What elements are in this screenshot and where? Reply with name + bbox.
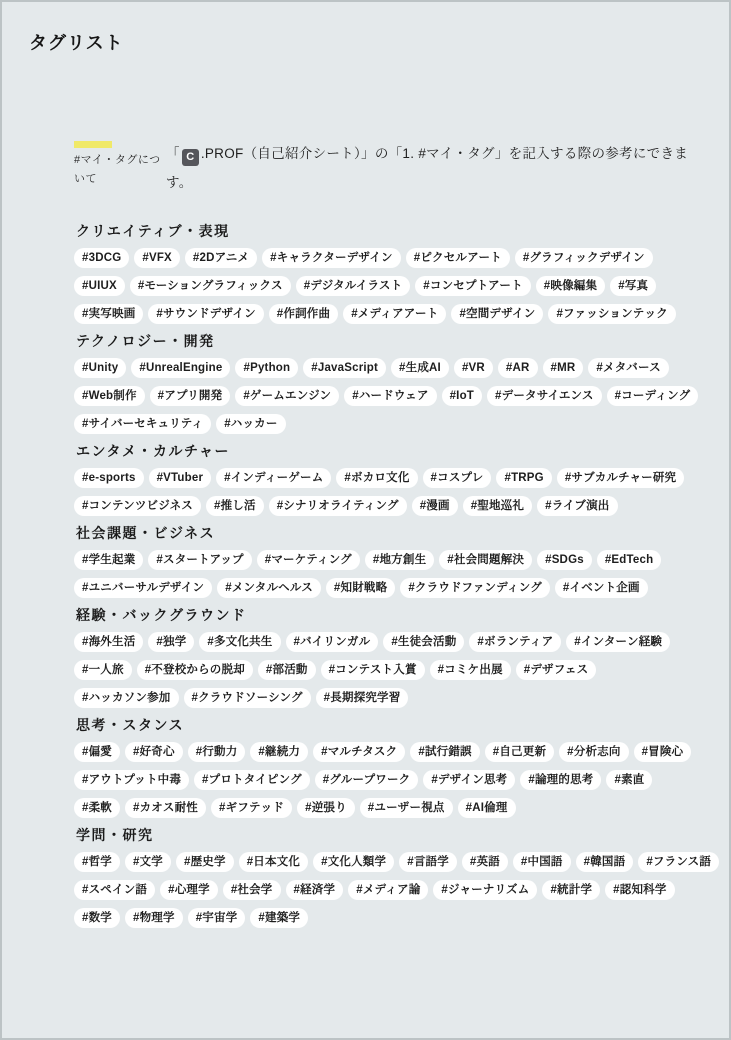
tag-pill: #クラウドソーシング <box>184 688 311 708</box>
tag-pill: #認知科学 <box>605 880 674 900</box>
tag-pill: #宇宙学 <box>188 908 246 928</box>
tag-row: #e-sports#VTuber#インディーゲーム#ボカロ文化#コスプレ#TRP… <box>74 468 702 488</box>
tag-row: #コンテンツビジネス#推し活#シナリオライティング#漫画#聖地巡礼#ライブ演出 <box>74 496 702 516</box>
tag-pill: #試行錯誤 <box>410 742 479 762</box>
tag-pill: #グループワーク <box>315 770 419 790</box>
page-title: タグリスト <box>29 29 702 55</box>
tag-pill: #知財戦略 <box>326 578 395 598</box>
tag-pill: #メディアアート <box>343 304 446 324</box>
tag-list-page: タグリスト #マイ・タグについて 「C.PROF（自己紹介シート）」の「1. #… <box>2 2 729 928</box>
tag-pill: #AR <box>498 358 538 378</box>
tag-pill: #コスプレ <box>423 468 492 488</box>
tag-row: #ハッカソン参加#クラウドソーシング#長期探究学習 <box>74 688 702 708</box>
tag-pill: #イベント企画 <box>555 578 648 598</box>
tag-pill: #マーケティング <box>257 550 360 570</box>
tag-pill: #ユーザー視点 <box>360 798 453 818</box>
tag-row: #3DCG#VFX#2Dアニメ#キャラクターデザイン#ピクセルアート#グラフィッ… <box>74 248 702 268</box>
tag-pill: #生徒会活動 <box>383 632 464 652</box>
tag-pill: #漫画 <box>412 496 458 516</box>
tag-pill: #中国語 <box>513 852 571 872</box>
tag-pill: #EdTech <box>597 550 661 570</box>
section-heading: 社会課題・ビジネス <box>76 526 702 541</box>
tag-row: #Web制作#アプリ開発#ゲームエンジン#ハードウェア#IoT#データサイエンス… <box>74 386 702 406</box>
intro-quote-open: 「 <box>166 146 180 161</box>
tag-pill: #VR <box>454 358 493 378</box>
tag-pill: #インディーゲーム <box>216 468 331 488</box>
tag-pill: #サイバーセキュリティ <box>74 414 211 434</box>
tag-pill: #多文化共生 <box>199 632 280 652</box>
tag-section: 学問・研究#哲学#文学#歴史学#日本文化#文化人類学#言語学#英語#中国語#韓国… <box>74 828 702 928</box>
tag-pill: #Unity <box>74 358 126 378</box>
tag-pill: #統計学 <box>542 880 600 900</box>
tag-pill: #ハッカー <box>216 414 285 434</box>
prof-badge-icon: C <box>182 149 199 166</box>
tag-pill: #メタバース <box>588 358 668 378</box>
tag-row: #サイバーセキュリティ#ハッカー <box>74 414 702 434</box>
intro-text-body: .PROF（自己紹介シート）」の「1. #マイ・タグ」を記入する際の参考にできま… <box>166 146 688 190</box>
tag-pill: #3DCG <box>74 248 129 268</box>
tag-pill: #UIUX <box>74 276 125 296</box>
tag-pill: #ハッカソン参加 <box>74 688 179 708</box>
tag-pill: #長期探究学習 <box>316 688 409 708</box>
tag-pill: #ボランティア <box>469 632 561 652</box>
tag-pill: #映像編集 <box>536 276 605 296</box>
tag-pill: #柔軟 <box>74 798 120 818</box>
tag-row: #一人旅#不登校からの脱却#部活動#コンテスト入賞#コミケ出展#デザフェス <box>74 660 702 680</box>
tag-pill: #プロトタイピング <box>194 770 310 790</box>
tag-pill: #ファッションテック <box>548 304 675 324</box>
tag-pill: #数学 <box>74 908 120 928</box>
tag-pill: #バイリンガル <box>286 632 379 652</box>
tag-pill: #ゲームエンジン <box>235 386 339 406</box>
tag-pill: #生成AI <box>391 358 449 378</box>
tag-pill: #サウンドデザイン <box>148 304 263 324</box>
tag-pill: #マルチタスク <box>313 742 405 762</box>
section-heading: 学問・研究 <box>76 828 702 843</box>
tag-pill: #英語 <box>462 852 508 872</box>
tag-row: #柔軟#カオス耐性#ギフテッド#逆張り#ユーザー視点#AI倫理 <box>74 798 702 818</box>
tag-pill: #ユニバーサルデザイン <box>74 578 212 598</box>
tag-pill: #建築学 <box>250 908 308 928</box>
tag-pill: #スタートアップ <box>148 550 251 570</box>
tag-pill: #キャラクターデザイン <box>262 248 401 268</box>
tag-pill: #哲学 <box>74 852 120 872</box>
tag-pill: #偏愛 <box>74 742 120 762</box>
tag-pill: #不登校からの脱却 <box>137 660 253 680</box>
tag-pill: #物理学 <box>125 908 183 928</box>
tag-pill: #MR <box>543 358 584 378</box>
tag-pill: #モーショングラフィックス <box>130 276 291 296</box>
yellow-highlight-marker <box>74 141 112 148</box>
tag-row: #実写映画#サウンドデザイン#作詞作曲#メディアアート#空間デザイン#ファッショ… <box>74 304 702 324</box>
tag-pill: #独学 <box>148 632 194 652</box>
tag-pill: #コーディング <box>607 386 699 406</box>
tag-pill: #文化人類学 <box>313 852 394 872</box>
tag-pill: #海外生活 <box>74 632 143 652</box>
tag-pill: #メディア論 <box>348 880 428 900</box>
tag-section: 社会課題・ビジネス#学生起業#スタートアップ#マーケティング#地方創生#社会問題… <box>74 526 702 598</box>
tag-pill: #一人旅 <box>74 660 132 680</box>
section-heading: 思考・スタンス <box>76 718 702 733</box>
tag-pill: #デジタルイラスト <box>296 276 411 296</box>
tag-pill: #AI倫理 <box>458 798 516 818</box>
tag-pill: #冒険心 <box>634 742 692 762</box>
tag-pill: #VFX <box>134 248 180 268</box>
tag-pill: #論理的思考 <box>520 770 601 790</box>
tag-pill: #空間デザイン <box>451 304 543 324</box>
tag-pill: #コミケ出展 <box>430 660 511 680</box>
tag-row: #偏愛#好奇心#行動力#継続力#マルチタスク#試行錯誤#自己更新#分析志向#冒険… <box>74 742 702 762</box>
tag-row: #ユニバーサルデザイン#メンタルヘルス#知財戦略#クラウドファンディング#イベン… <box>74 578 702 598</box>
tag-pill: #行動力 <box>188 742 246 762</box>
tag-pill: #好奇心 <box>125 742 183 762</box>
tag-pill: #ジャーナリズム <box>433 880 537 900</box>
tag-pill: #言語学 <box>399 852 457 872</box>
tag-pill: #継続力 <box>250 742 308 762</box>
tag-section: エンタメ・カルチャー#e-sports#VTuber#インディーゲーム#ボカロ文… <box>74 444 702 516</box>
tag-pill: #部活動 <box>258 660 316 680</box>
tag-pill: #ライブ演出 <box>537 496 617 516</box>
tag-pill: #社会学 <box>223 880 281 900</box>
intro-label: #マイ・タグについて <box>74 151 166 189</box>
tag-pill: #文学 <box>125 852 171 872</box>
tag-pill: #グラフィックデザイン <box>515 248 653 268</box>
tag-pill: #TRPG <box>496 468 551 488</box>
section-heading: 経験・バックグラウンド <box>76 608 702 623</box>
tag-pill: #アプリ開発 <box>150 386 231 406</box>
tag-pill: #メンタルヘルス <box>217 578 321 598</box>
tag-pill: #UnrealEngine <box>131 358 230 378</box>
tag-pill: #Web制作 <box>74 386 145 406</box>
tag-pill: #社会問題解決 <box>439 550 532 570</box>
section-heading: テクノロジー・開発 <box>76 334 702 349</box>
tag-pill: #シナリオライティング <box>269 496 407 516</box>
tag-pill: #アウトプット中毒 <box>74 770 189 790</box>
tag-section: テクノロジー・開発#Unity#UnrealEngine#Python#Java… <box>74 334 702 434</box>
tag-pill: #コンテスト入賞 <box>321 660 425 680</box>
tag-section: クリエイティブ・表現#3DCG#VFX#2Dアニメ#キャラクターデザイン#ピクセ… <box>74 224 702 324</box>
tag-pill: #自己更新 <box>485 742 554 762</box>
tag-pill: #分析志向 <box>559 742 628 762</box>
tag-pill: #地方創生 <box>365 550 434 570</box>
tag-pill: #実写映画 <box>74 304 143 324</box>
tag-pill: #ハードウェア <box>344 386 436 406</box>
tag-pill: #ピクセルアート <box>406 248 510 268</box>
tag-pill: #2Dアニメ <box>185 248 257 268</box>
tag-pill: #写真 <box>610 276 656 296</box>
tag-section: 経験・バックグラウンド#海外生活#独学#多文化共生#バイリンガル#生徒会活動#ボ… <box>74 608 702 708</box>
tag-pill: #ボカロ文化 <box>336 468 417 488</box>
tag-sections-container: クリエイティブ・表現#3DCG#VFX#2Dアニメ#キャラクターデザイン#ピクセ… <box>74 224 702 928</box>
tag-pill: #逆張り <box>297 798 355 818</box>
tag-pill: #スペイン語 <box>74 880 155 900</box>
tag-pill: #e-sports <box>74 468 144 488</box>
section-heading: クリエイティブ・表現 <box>76 224 702 239</box>
tag-pill: #IoT <box>442 386 482 406</box>
tag-pill: #ギフテッド <box>211 798 292 818</box>
tag-row: #アウトプット中毒#プロトタイピング#グループワーク#デザイン思考#論理的思考#… <box>74 770 702 790</box>
tag-row: #学生起業#スタートアップ#マーケティング#地方創生#社会問題解決#SDGs#E… <box>74 550 702 570</box>
tag-pill: #データサイエンス <box>487 386 602 406</box>
tag-pill: #歴史学 <box>176 852 234 872</box>
tag-pill: #コンセプトアート <box>415 276 531 296</box>
tag-pill: #韓国語 <box>576 852 634 872</box>
tag-pill: #サブカルチャー研究 <box>557 468 684 488</box>
tag-pill: #VTuber <box>149 468 212 488</box>
intro-section: #マイ・タグについて 「C.PROF（自己紹介シート）」の「1. #マイ・タグ」… <box>74 141 702 197</box>
intro-label-column: #マイ・タグについて <box>74 141 166 197</box>
tag-pill: #作詞作曲 <box>269 304 338 324</box>
tag-row: #Unity#UnrealEngine#Python#JavaScript#生成… <box>74 358 702 378</box>
tag-pill: #推し活 <box>206 496 264 516</box>
tag-pill: #JavaScript <box>303 358 386 378</box>
tag-pill: #素直 <box>606 770 652 790</box>
tag-pill: #クラウドファンディング <box>400 578 550 598</box>
tag-pill: #デザフェス <box>516 660 597 680</box>
tag-row: #UIUX#モーショングラフィックス#デジタルイラスト#コンセプトアート#映像編… <box>74 276 702 296</box>
intro-description: 「C.PROF（自己紹介シート）」の「1. #マイ・タグ」を記入する際の参考にで… <box>166 139 702 197</box>
tag-row: #海外生活#独学#多文化共生#バイリンガル#生徒会活動#ボランティア#インターン… <box>74 632 702 652</box>
tag-pill: #Python <box>235 358 298 378</box>
tag-pill: #コンテンツビジネス <box>74 496 201 516</box>
tag-section: 思考・スタンス#偏愛#好奇心#行動力#継続力#マルチタスク#試行錯誤#自己更新#… <box>74 718 702 818</box>
tag-pill: #インターン経験 <box>566 632 670 652</box>
tag-pill: #デザイン思考 <box>423 770 515 790</box>
tag-pill: #経済学 <box>286 880 344 900</box>
tag-pill: #日本文化 <box>239 852 308 872</box>
tag-row: #スペイン語#心理学#社会学#経済学#メディア論#ジャーナリズム#統計学#認知科… <box>74 880 702 900</box>
tag-row: #数学#物理学#宇宙学#建築学 <box>74 908 702 928</box>
tag-pill: #SDGs <box>537 550 592 570</box>
tag-row: #哲学#文学#歴史学#日本文化#文化人類学#言語学#英語#中国語#韓国語#フラン… <box>74 852 702 872</box>
tag-pill: #学生起業 <box>74 550 143 570</box>
tag-pill: #聖地巡礼 <box>463 496 532 516</box>
section-heading: エンタメ・カルチャー <box>76 444 702 459</box>
tag-pill: #カオス耐性 <box>125 798 206 818</box>
tag-pill: #心理学 <box>160 880 218 900</box>
tag-pill: #フランス語 <box>638 852 719 872</box>
